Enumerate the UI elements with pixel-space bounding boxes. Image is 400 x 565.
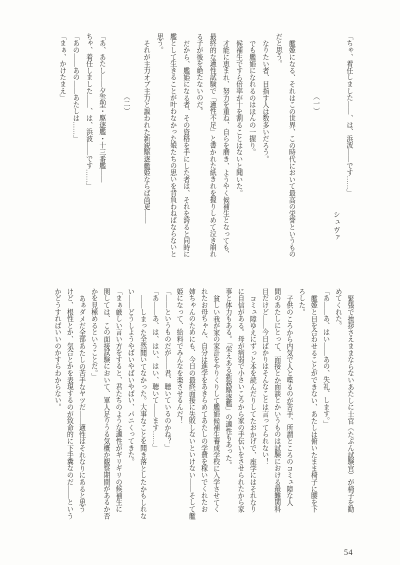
text-column: あぁダメだ全部あたしの苦手なヤツだ――適性はそれなりにあると思う bbox=[74, 288, 86, 550]
text-column: 間のあたしにとって、面接とか面談とかいうものは試験における最難関科 bbox=[270, 288, 282, 550]
text-column: 緊張で挨拶さえままならないあたしに士官（たぶん試験官）が椅子を勧 bbox=[343, 288, 355, 550]
text-column: い――どうしようやばいやばいやばい、パニくってきた。 bbox=[123, 288, 135, 550]
text-column: それが主力オブ主力と謳われた新鋭駆逐艦姫ならば尚更―― bbox=[139, 33, 152, 273]
text-column: 最終的な適性試験で「適性不足」と書かれた紙きれを握りしめて泣き崩れ bbox=[205, 33, 218, 273]
text-column: 「まぁ、かけたまえ」 bbox=[55, 33, 68, 273]
text-column: かどうすればいいのかすらわからない。 bbox=[50, 288, 62, 550]
section-marker: （一） bbox=[308, 33, 321, 273]
text-column: 「――というものだが――君、聴いているのかね？」 bbox=[160, 288, 172, 550]
text-column: 艦姫と目を合わせることができない、あたしは俯いたまま椅子に腰を下 bbox=[306, 288, 318, 550]
text-column: ちゃ、着任しました――、は、浜波――です……」 bbox=[81, 33, 94, 273]
text-column: 子供のころから内気で人と喋るのが苦手、所謂ところのコミュ障な人 bbox=[282, 288, 294, 550]
bottom-text-band: 緊張で挨拶さえままならないあたしに士官（たぶん試験官）が椅子を勧めてくれた。「あ… bbox=[50, 288, 355, 550]
text-column: 姫になって、給料でみんなを楽させるんだ！ bbox=[172, 288, 184, 550]
text-column: ろした。 bbox=[294, 288, 306, 550]
text-column: 艦として生きることが叶わなかった娘たちの思いを背負わねばならないと bbox=[165, 33, 178, 273]
text-column: 貧しい我が家の家計をやりくりして艦姫候補生養成学校に入学させてく bbox=[209, 288, 221, 550]
text-column: 「あ、あたし――夕雲型・駆逐艦・十三番艦―― bbox=[95, 33, 108, 273]
text-column: 「あ――あ、はい――あの、失礼、します。」 bbox=[318, 288, 330, 550]
text-column: 候補生ですら倍率が十を割ることはないと聞いた。 bbox=[231, 33, 244, 273]
top-text-band: 「ちゃ、着任しました――、は、浜波――です……」シュヴァ（一）艦姫になる、それは… bbox=[55, 33, 355, 273]
text-column: 「まぁ厳しい言い方をすると、君たちのような適性がギリギリの候補生に bbox=[111, 288, 123, 550]
text-column: コミュ障ゆえにずっと本を読んだりしてたおかげで、座学にはそれなり bbox=[245, 288, 257, 550]
text-column: なりたい者、目指す人は数多いだろう。 bbox=[258, 33, 271, 273]
text-column: 艦姫になる、それはこの世界、この時代において最高の栄誉というもの bbox=[284, 33, 297, 273]
text-column: だと思う。 bbox=[271, 33, 284, 273]
page-number: 54 bbox=[344, 548, 353, 557]
text-column: 思う。 bbox=[152, 33, 165, 273]
text-column: 目だけど――今日ばかりはそんなことは言ってられない！ bbox=[257, 288, 269, 550]
epigraph-quote: 「ちゃ、着任しました――、は、浜波――です……」 bbox=[342, 33, 355, 273]
text-column: だから、艦姫になる者、その資格を手にした者は、それを誇ると同時に bbox=[179, 33, 192, 273]
scanned-novel-page: 「ちゃ、着任しました――、は、浜波――です……」シュヴァ（一）艦姫になる、それは… bbox=[0, 0, 400, 565]
text-column: ――しまった全然聞いてなかった。大事なことを聞き落としたかもしれな bbox=[135, 288, 147, 550]
text-column: でも艦姫になれるのはほんの一握り。 bbox=[245, 33, 258, 273]
text-column: けど、根性とか、気合とかを表現するのが致命的に下手糞なのだ――という bbox=[62, 288, 74, 550]
text-column: る子が後を絶たないのだ。 bbox=[192, 33, 205, 273]
text-column: 「あの――あの――あたしは……」 bbox=[68, 33, 81, 273]
text-column: めてくれた。 bbox=[331, 288, 343, 550]
text-column: 関しては、この面接試験において、軍人足りうる気概か観察期間があるか否 bbox=[99, 288, 111, 550]
text-column: に自信がある。母が病弱で小さいころから家の手伝いをさせられたから家 bbox=[233, 288, 245, 550]
text-column: 「あ――あ、は、はい、はい、聴いて――ます……」 bbox=[148, 288, 160, 550]
text-column: れたお母ちゃん、自分は進学をあきらめてあたしの学費を稼いでくれたお bbox=[196, 288, 208, 550]
text-column: 姉ちゃんのためにも、今日の最終面接に失敗しないといけない――そして艦 bbox=[184, 288, 196, 550]
epigraph-attribution: シュヴァ bbox=[329, 33, 342, 273]
text-column: かを見極めるということだ。」 bbox=[87, 288, 99, 550]
text-column: 事と体力もある。「栄えある新鋭駆逐艦」の適性もあった。 bbox=[221, 288, 233, 550]
text-column: 才能に恵まれ、努力を重ね、自らを磨き、ようやく候補生となっても、 bbox=[218, 33, 231, 273]
section-marker: （二） bbox=[119, 33, 132, 273]
